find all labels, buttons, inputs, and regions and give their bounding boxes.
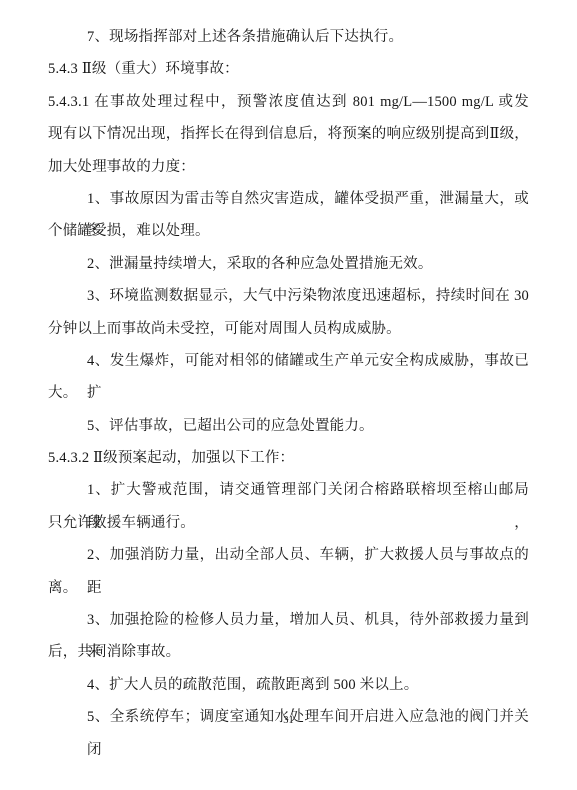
text-line: 大。 bbox=[48, 377, 529, 409]
text-line: 1、事故原因为雷击等自然灾害造成，罐体受损严重，泄漏量大，或多 bbox=[48, 183, 529, 215]
text-line: 3、环境监测数据显示，大气中污染物浓度迅速超标，持续时间在 30 bbox=[48, 280, 529, 312]
text-line: 4、扩大人员的疏散范围，疏散距离到 500 米以上。 bbox=[48, 669, 529, 701]
text-line: 离。 bbox=[48, 572, 529, 604]
text-line: 现有以下情况出现，指挥长在得到信息后，将预案的响应级别提高到Ⅱ级， bbox=[48, 118, 529, 150]
document-body: 7、现场指挥部对上述各条措施确认后下达执行。5.4.3 Ⅱ级（重大）环境事故：5… bbox=[48, 21, 529, 734]
text-line: 2、加强消防力量，出动全部人员、车辆，扩大救援人员与事故点的距 bbox=[48, 539, 529, 571]
document-page: 7、现场指挥部对上述各条措施确认后下达执行。5.4.3 Ⅱ级（重大）环境事故：5… bbox=[0, 0, 577, 790]
text-line: 后，共同消除事故。 bbox=[48, 636, 529, 668]
page-number: 31 bbox=[0, 712, 577, 730]
text-line: 1、扩大警戒范围，请交通管理部门关闭合榕路联榕坝至榕山邮局段， bbox=[48, 474, 529, 506]
text-line: 5.4.3.2 Ⅱ级预案起动，加强以下工作： bbox=[48, 442, 529, 474]
text-line: 5.4.3.1 在事故处理过程中，预警浓度值达到 801 mg/L—1500 m… bbox=[48, 86, 529, 118]
text-line: 4、发生爆炸，可能对相邻的储罐或生产单元安全构成威胁，事故已扩 bbox=[48, 345, 529, 377]
text-line: 个储罐受损，难以处理。 bbox=[48, 215, 529, 247]
text-line: 分钟以上而事故尚未受控，可能对周围人员构成威胁。 bbox=[48, 313, 529, 345]
text-line: 3、加强抢险的检修人员力量，增加人员、机具，待外部救援力量到来 bbox=[48, 604, 529, 636]
text-line: 5、评估事故，已超出公司的应急处置能力。 bbox=[48, 410, 529, 442]
text-line: 加大处理事故的力度： bbox=[48, 151, 529, 183]
text-line: 7、现场指挥部对上述各条措施确认后下达执行。 bbox=[48, 21, 529, 53]
text-line: 5.4.3 Ⅱ级（重大）环境事故： bbox=[48, 53, 529, 85]
text-line: 2、泄漏量持续增大，采取的各种应急处置措施无效。 bbox=[48, 248, 529, 280]
